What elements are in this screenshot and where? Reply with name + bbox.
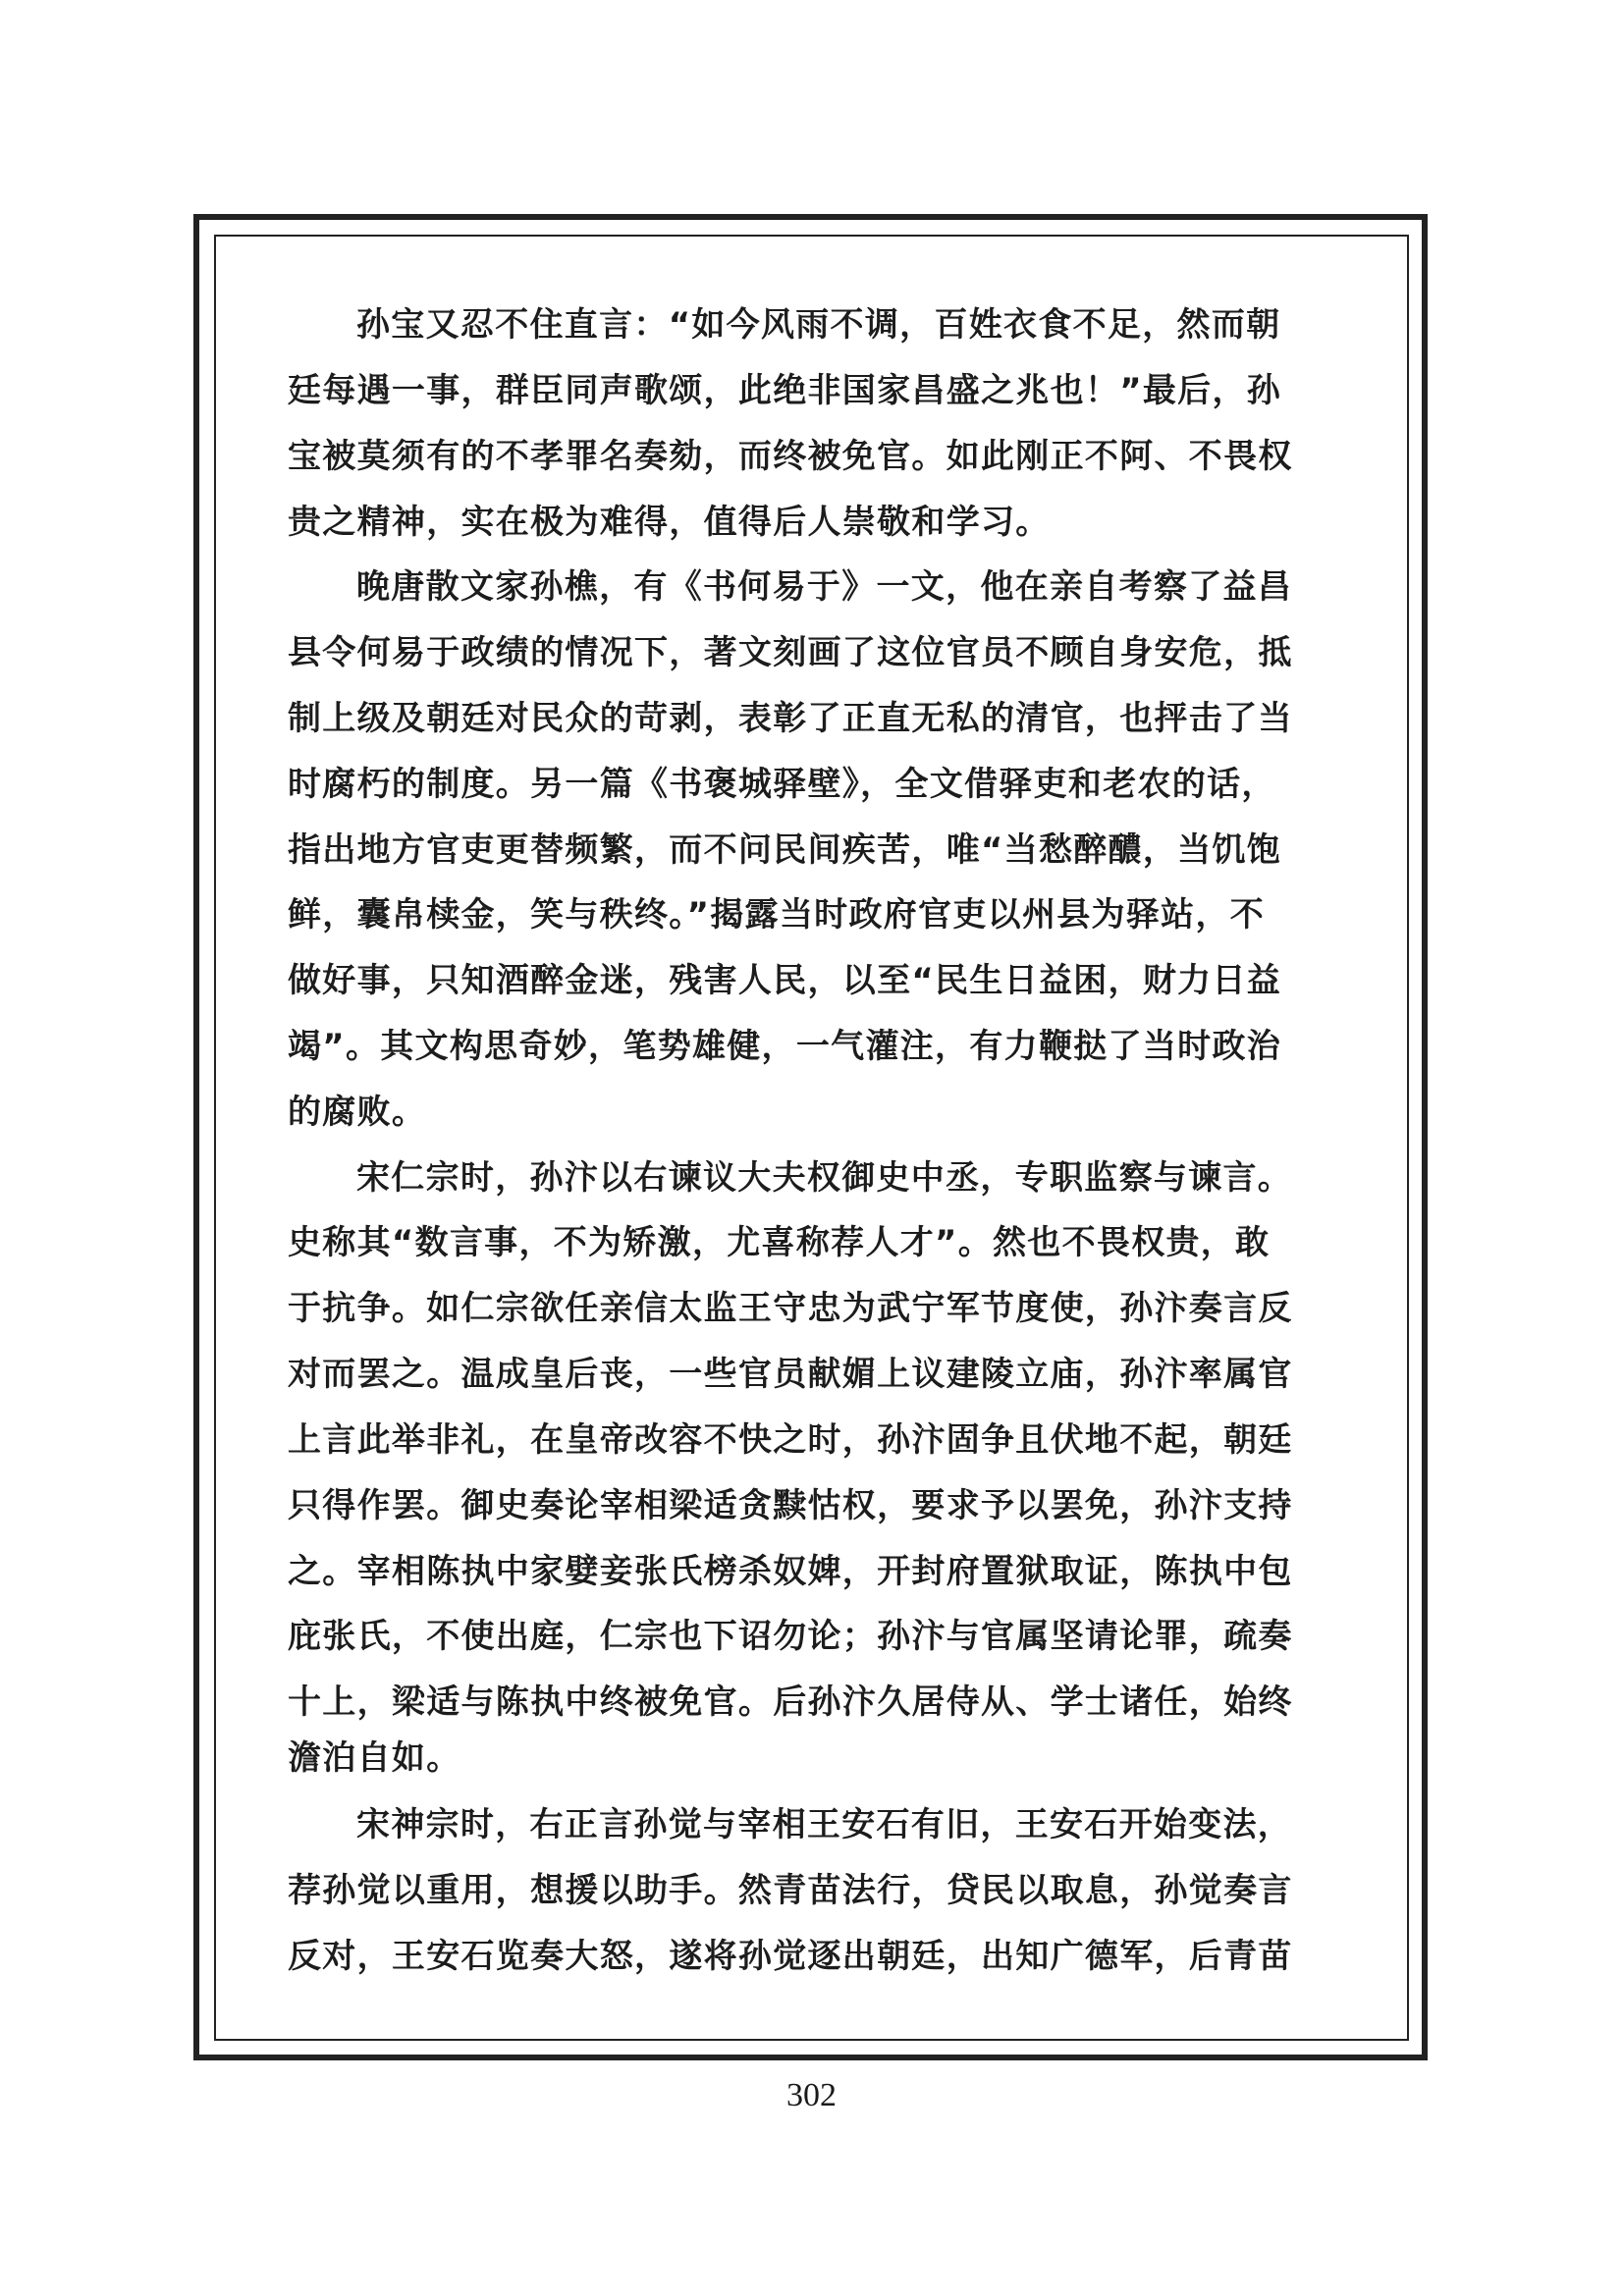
text-line: 宋仁宗时，孙汴以右谏议大夫权御史中丞，专职监察与谏言。 [356,1158,1292,1198]
text-line: 荐孙觉以重用，想援以助手。然青苗法行，贷民以取息，孙觉奏言 [288,1871,1293,1910]
text-line: 于抗争。如仁宗欲任亲信太监王守忠为武宁军节度使，孙汴奏言反 [288,1289,1293,1328]
text-line: 之。宰相陈执中家嬖妾张氏榜杀奴婢，开封府置狱取证，陈执中包 [288,1552,1293,1591]
text-line: 宋神宗时，右正言孙觉与宰相王安石有旧，王安石开始变法， [356,1805,1292,1844]
text-line: 反对，王安石览奏大怒，遂将孙觉逐出朝廷，出知广德军，后青苗 [288,1937,1293,1976]
page-number: 302 [0,2077,1623,2114]
text-line: 制上级及朝廷对民众的苛剥，表彰了正直无私的清官，也抨击了当 [288,699,1293,738]
text-line: 做好事，只知酒醉金迷，残害人民，以至“民生日益困，财力日益 [288,961,1281,1000]
text-line: 廷每遇一事，群臣同声歌颂，此绝非国家昌盛之兆也！”最后，孙 [288,371,1281,410]
text-line: 晚唐散文家孙樵，有《书何易于》一文，他在亲自考察了益昌 [356,567,1292,607]
text-line: 上言此举非礼，在皇帝改容不快之时，孙汴固争且伏地不起，朝廷 [288,1420,1293,1460]
text-line: 庇张氏，不使出庭，仁宗也下诏勿论；孙汴与官属坚请论罪，疏奏 [288,1617,1293,1656]
text-line: 竭”。其文构思奇妙，笔势雄健，一气灌注，有力鞭挞了当时政治 [288,1027,1281,1066]
text-line: 史称其“数言事，不为矫激，尤喜称荐人才”。然也不畏权贵，敢 [288,1223,1270,1262]
text-line: 的腐败。 [288,1093,426,1132]
text-line: 指出地方官吏更替频繁，而不问民间疾苦，唯“当愁醉醲，当饥饱 [288,830,1281,870]
text-line: 贵之精神，实在极为难得，值得后人崇敬和学习。 [288,503,1051,542]
text-line: 宝被莫须有的不孝罪名奏劾，而终被免官。如此刚正不阿、不畏权 [288,437,1293,476]
text-line: 澹泊自如。 [288,1738,461,1778]
text-line: 时腐朽的制度。另一篇《书褒城驿壁》，全文借驿吏和老农的话， [288,765,1276,804]
text-line: 孙宝又忍不住直言：“如今风雨不调，百姓衣食不足，然而朝 [356,305,1280,345]
text-line: 县令何易于政绩的情况下，著文刻画了这位官员不顾自身安危，抵 [288,633,1293,672]
text-line: 鲜，囊帛椟金，笑与秩终。”揭露当时政府官吏以州县为驿站，不 [288,895,1265,934]
text-line: 只得作罢。御史奏论宰相梁适贪黩怙权，要求予以罢免，孙汴支持 [288,1486,1293,1525]
text-line: 对而罢之。温成皇后丧，一些官员献媚上议建陵立庙，孙汴率属官 [288,1355,1293,1394]
text-line: 十上，梁适与陈执中终被免官。后孙汴久居侍从、学士诸任，始终 [288,1682,1293,1722]
